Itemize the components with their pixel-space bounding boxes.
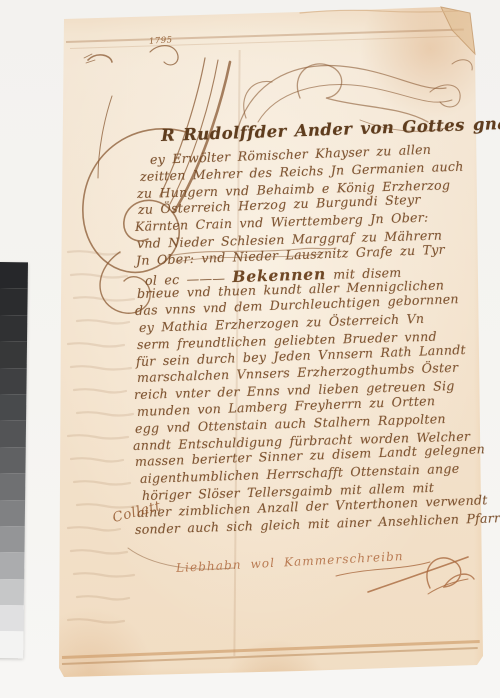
photograph-background: 1795 R Rudolffder Ander von Gottes gnad … <box>0 0 500 698</box>
docket-line: Liebhabn wol Kammerschreibn <box>176 549 404 575</box>
folio-number: 1795 <box>149 35 173 47</box>
manuscript-text-block: 1795 R Rudolffder Ander von Gottes gnad … <box>0 0 500 698</box>
heading-line: R Rudolffder Ander von Gottes gnad <box>161 115 467 145</box>
